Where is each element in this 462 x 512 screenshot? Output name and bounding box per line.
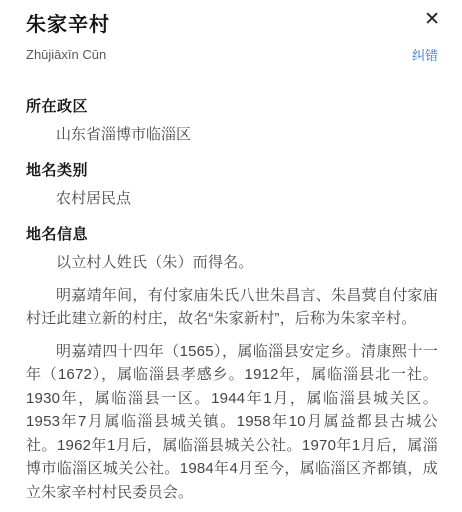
section-heading-admin-region: 所在政区 bbox=[26, 95, 438, 116]
error-correction-link[interactable]: 纠错 bbox=[412, 45, 438, 64]
admin-region-value: 山东省淄博市临淄区 bbox=[26, 123, 438, 146]
place-info-panel: ✕ 朱家辛村 Zhūjiāxīn Cūn 纠错 所在政区 山东省淄博市临淄区 地… bbox=[0, 0, 462, 512]
section-admin-region: 所在政区 山东省淄博市临淄区 bbox=[26, 95, 438, 146]
place-name-title: 朱家辛村 bbox=[26, 12, 438, 38]
place-info-paragraph-history: 明嘉靖四十四年（1565），属临淄县安定乡。清康熙十一年（1672），属临淄县孝… bbox=[26, 340, 438, 505]
place-category-value: 农村居民点 bbox=[26, 187, 438, 210]
section-place-category: 地名类别 农村居民点 bbox=[26, 159, 438, 210]
close-icon[interactable]: ✕ bbox=[424, 10, 440, 29]
sections-container: 所在政区 山东省淄博市临淄区 地名类别 农村居民点 地名信息 以立村人姓氏（朱）… bbox=[26, 95, 438, 504]
subtitle-row: Zhūjiāxīn Cūn 纠错 bbox=[26, 45, 438, 64]
section-place-info: 地名信息 以立村人姓氏（朱）而得名。 明嘉靖年间，有付家庙朱氏八世朱昌言、朱昌蓂… bbox=[26, 223, 438, 504]
place-info-paragraph-origin: 以立村人姓氏（朱）而得名。 bbox=[26, 251, 438, 275]
section-heading-place-category: 地名类别 bbox=[26, 159, 438, 180]
place-info-paragraph-founding: 明嘉靖年间，有付家庙朱氏八世朱昌言、朱昌蓂自付家庙村迁此建立新的村庄，故名“朱家… bbox=[26, 284, 438, 331]
place-pinyin: Zhūjiāxīn Cūn bbox=[26, 47, 106, 62]
section-heading-place-info: 地名信息 bbox=[26, 223, 438, 244]
